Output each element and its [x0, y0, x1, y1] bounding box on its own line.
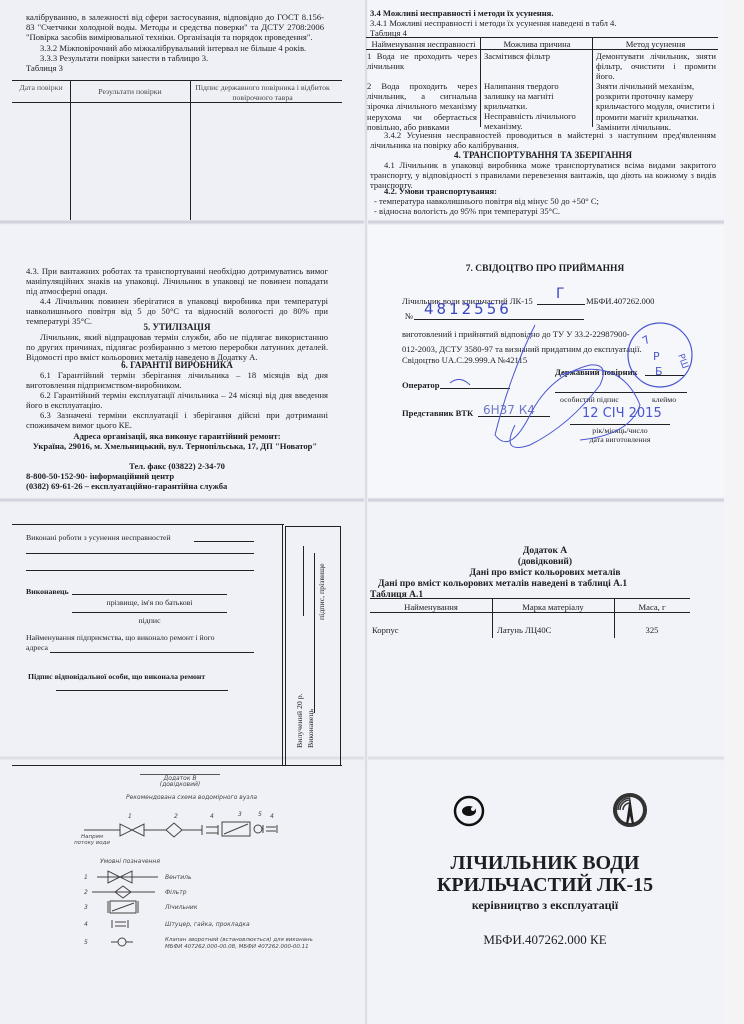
responsible-label: Підпис відповідальної особи, що виконала…	[28, 672, 208, 682]
table3-header-results: Результати повірки	[70, 87, 190, 97]
service-phone: (0382) 69-61-26 – експлуатаційно-гаранті…	[26, 481, 227, 491]
paragraph-3-4-2: 3.4.2 Усунення несправностей проводиться…	[370, 130, 716, 150]
works-line	[26, 553, 254, 554]
scan-edge	[724, 0, 744, 1024]
svg-text:1: 1	[84, 874, 88, 881]
table3-caption: Таблиця 3	[26, 63, 63, 73]
table4-row2-cause2: Несправність лічильного механізму.	[484, 111, 589, 131]
appendix-a-subtitle: (довідковий)	[366, 557, 724, 567]
works-label: Виконані роботи з усунення несправностей	[26, 533, 171, 543]
variant-line	[537, 304, 585, 305]
scheme-section: Додаток В (довідковий) Рекомендована схе…	[0, 770, 330, 1010]
tableA1-top-border	[370, 598, 690, 599]
operator-label: Оператор	[402, 380, 440, 390]
section-5-title: 5. УТИЛІЗАЦІЯ	[26, 322, 328, 332]
valve-assembly-scheme: 1 2 4 3 5 4 1Вентиль 2Фільтр 3Лічильник …	[0, 770, 330, 1010]
svg-text:4: 4	[84, 921, 88, 928]
paragraph-3-4-1: 3.4.1 Можливі несправності і методи їх у…	[370, 18, 617, 28]
table3-col-divider	[70, 80, 71, 220]
number-label: №	[405, 311, 413, 321]
table4-header-fix: Метод усунення	[593, 39, 718, 49]
fold-line	[0, 219, 724, 225]
intro-text: калібруванню, в залежності від сфери зас…	[26, 12, 324, 43]
coupon-top-border	[12, 524, 284, 525]
table4-top-border	[366, 37, 718, 38]
svg-text:4: 4	[210, 813, 214, 820]
table3-header-date: Дата повірки	[12, 83, 70, 93]
coupon-line	[303, 546, 304, 616]
tableA1-header-mass: Маса, г	[614, 602, 690, 612]
coupon-sign-hint: підпис, прізвище	[317, 563, 327, 620]
cover-title-line2: КРИЛЬЧАСТИЙ ЛК-15	[366, 874, 724, 896]
enterprise-line	[50, 652, 254, 653]
tableA1-row-mass: 325	[614, 625, 690, 635]
coupon-executor-label: Виконавець	[306, 709, 316, 748]
svg-text:2: 2	[174, 813, 178, 820]
tableA1-col-divider	[492, 598, 493, 638]
svg-text:4: 4	[270, 813, 274, 820]
paragraph-4-3: 4.3. При вантажних роботах та транспорту…	[26, 266, 328, 297]
table4-row2-fault: 2 Вода проходить через лічильник, а сигн…	[367, 81, 477, 132]
svg-text:2: 2	[84, 889, 88, 896]
table4-header-cause: Можлива причина	[481, 39, 593, 49]
metals-title: Дані про вміст кольорових металів	[366, 568, 724, 578]
cover-doc-code: МБФИ.407262.000 КЕ	[366, 932, 724, 947]
serial-number: 4812556	[424, 304, 512, 314]
table4-col-divider	[592, 37, 593, 127]
tableA1-header-name: Найменування	[370, 602, 492, 612]
transport-condition: - відносна вологість до 95% при температ…	[374, 206, 720, 216]
appendix-a-title: Додаток А	[366, 546, 724, 556]
svg-text:РШ: РШ	[675, 353, 690, 371]
svg-text:Б: Б	[655, 365, 663, 378]
svg-text:Лічильник: Лічильник	[164, 904, 198, 911]
executor-line	[72, 594, 227, 595]
executor-label: Виконавець	[26, 587, 69, 597]
svg-text:5: 5	[84, 939, 88, 946]
table3-top-border	[12, 80, 342, 81]
coupon-line	[314, 553, 315, 713]
svg-text:Вентиль: Вентиль	[165, 874, 192, 881]
transport-condition: - температура навколишнього повітря від …	[374, 196, 720, 206]
paragraph-6-3: 6.3 Зазначені терміни експлуатації і збе…	[26, 410, 328, 430]
meter-code: МБФИ.407262.000	[586, 296, 654, 306]
works-line	[194, 541, 254, 542]
svg-text:5: 5	[258, 811, 262, 818]
section-7-title: 7. СВІДОЦТВО ПРО ПРИЙМАННЯ	[366, 264, 724, 274]
table4-row1-fix: Демонтувати лічильник, зняти фільтр, очи…	[596, 51, 716, 82]
warranty-phone: Тел. факс (03822) 2-34-70	[26, 461, 328, 471]
certification-mark-icon	[452, 794, 486, 828]
table4-header-fault: Найменування несправності	[366, 39, 481, 49]
table4-row1-fault: 1 Вода не проходить через лічильник	[367, 51, 477, 71]
svg-text:3: 3	[238, 811, 242, 818]
fold-line	[0, 497, 724, 503]
table3-header-border	[12, 102, 342, 103]
table3-col-divider	[190, 80, 191, 220]
legend-check-valve: Клапан зворотний (встановлюється) для ви…	[165, 937, 315, 950]
warranty-address-title: Адреса організації, яка виконує гарантій…	[26, 431, 328, 441]
cover-subtitle: керівництво з експлуатації	[366, 898, 724, 912]
tableA1-header-material: Марка матеріалу	[492, 602, 614, 612]
executor-name-hint: прізвище, ім'я по батькові	[72, 598, 227, 608]
signature-and-stamp-graphic: 7 Р Б РШ	[440, 315, 710, 465]
metals-intro: Дані про вміст кольорових металів наведе…	[378, 579, 627, 589]
svg-text:Р: Р	[653, 350, 660, 363]
warranty-address: Україна, 29016, м. Хмельницький, вул. Те…	[30, 441, 320, 451]
paragraph-6-1: 6.1 Гарантійний термін зберігання лічиль…	[26, 370, 328, 390]
executor-sign-hint: підпис	[72, 616, 227, 626]
table4-header-border	[366, 49, 718, 50]
responsible-line	[56, 690, 228, 691]
table4-row1-cause: Засмітився фільтр	[484, 51, 589, 61]
cover-title-line1: ЛІЧИЛЬНИК ВОДИ	[366, 852, 724, 874]
section-4-title: 4. ТРАНСПОРТУВАННЯ ТА ЗБЕРІГАННЯ	[370, 150, 716, 160]
section-3-4-title: 3.4 Можливі несправності і методи їх усу…	[370, 8, 553, 18]
tableA1-row-name: Корпус	[372, 625, 399, 635]
executor-sign-line	[72, 612, 227, 613]
table4-row2-fix: Зняти лічильний механізм, розкрити прото…	[596, 81, 716, 122]
handwritten-mark: Г	[556, 289, 565, 299]
svg-text:Фільтр: Фільтр	[165, 889, 187, 896]
fold-line	[0, 755, 724, 761]
svg-text:7: 7	[640, 333, 653, 348]
table4-col-divider	[480, 37, 481, 127]
paragraph-5: Лічильник, який відпрацював термін служб…	[26, 332, 328, 363]
novator-tower-logo-icon	[610, 790, 650, 830]
tableA1-header-border	[370, 612, 690, 613]
svg-text:3: 3	[84, 904, 88, 911]
coupon-divider	[282, 524, 283, 766]
paragraph-3-3-3: 3.3.3 Результати повірки занести в табли…	[26, 53, 324, 63]
enterprise-label: Найменування підприємства, що виконало р…	[26, 633, 236, 653]
info-center-phone: 8-800-50-152-90- інформаційний центр	[26, 471, 174, 481]
svg-text:1: 1	[128, 813, 132, 820]
table3-header-signature: Підпис державного повірника і відбиток п…	[190, 83, 335, 103]
paragraph-3-3-2: 3.3.2 Міжповірочний або міжкалібрувальни…	[26, 43, 324, 53]
paragraph-6-2: 6.2 Гарантійний термін експлуатації лічи…	[26, 390, 328, 410]
section-6-title: 6. ГАРАНТІЇ ВИРОБНИКА	[26, 360, 328, 370]
coupon-issued-label: Вилучений 20 р.	[295, 693, 305, 748]
works-line	[26, 570, 254, 571]
paragraph-4-2-title: 4.2. Умови транспортування:	[370, 186, 716, 196]
tableA1-row-material: Латунь ЛЦ40С	[497, 625, 551, 635]
table4-row2-cause: Налипання твердого залишку на магніті кр…	[484, 81, 574, 112]
svg-text:Штуцер, гайка, прокладка: Штуцер, гайка, прокладка	[165, 921, 250, 928]
